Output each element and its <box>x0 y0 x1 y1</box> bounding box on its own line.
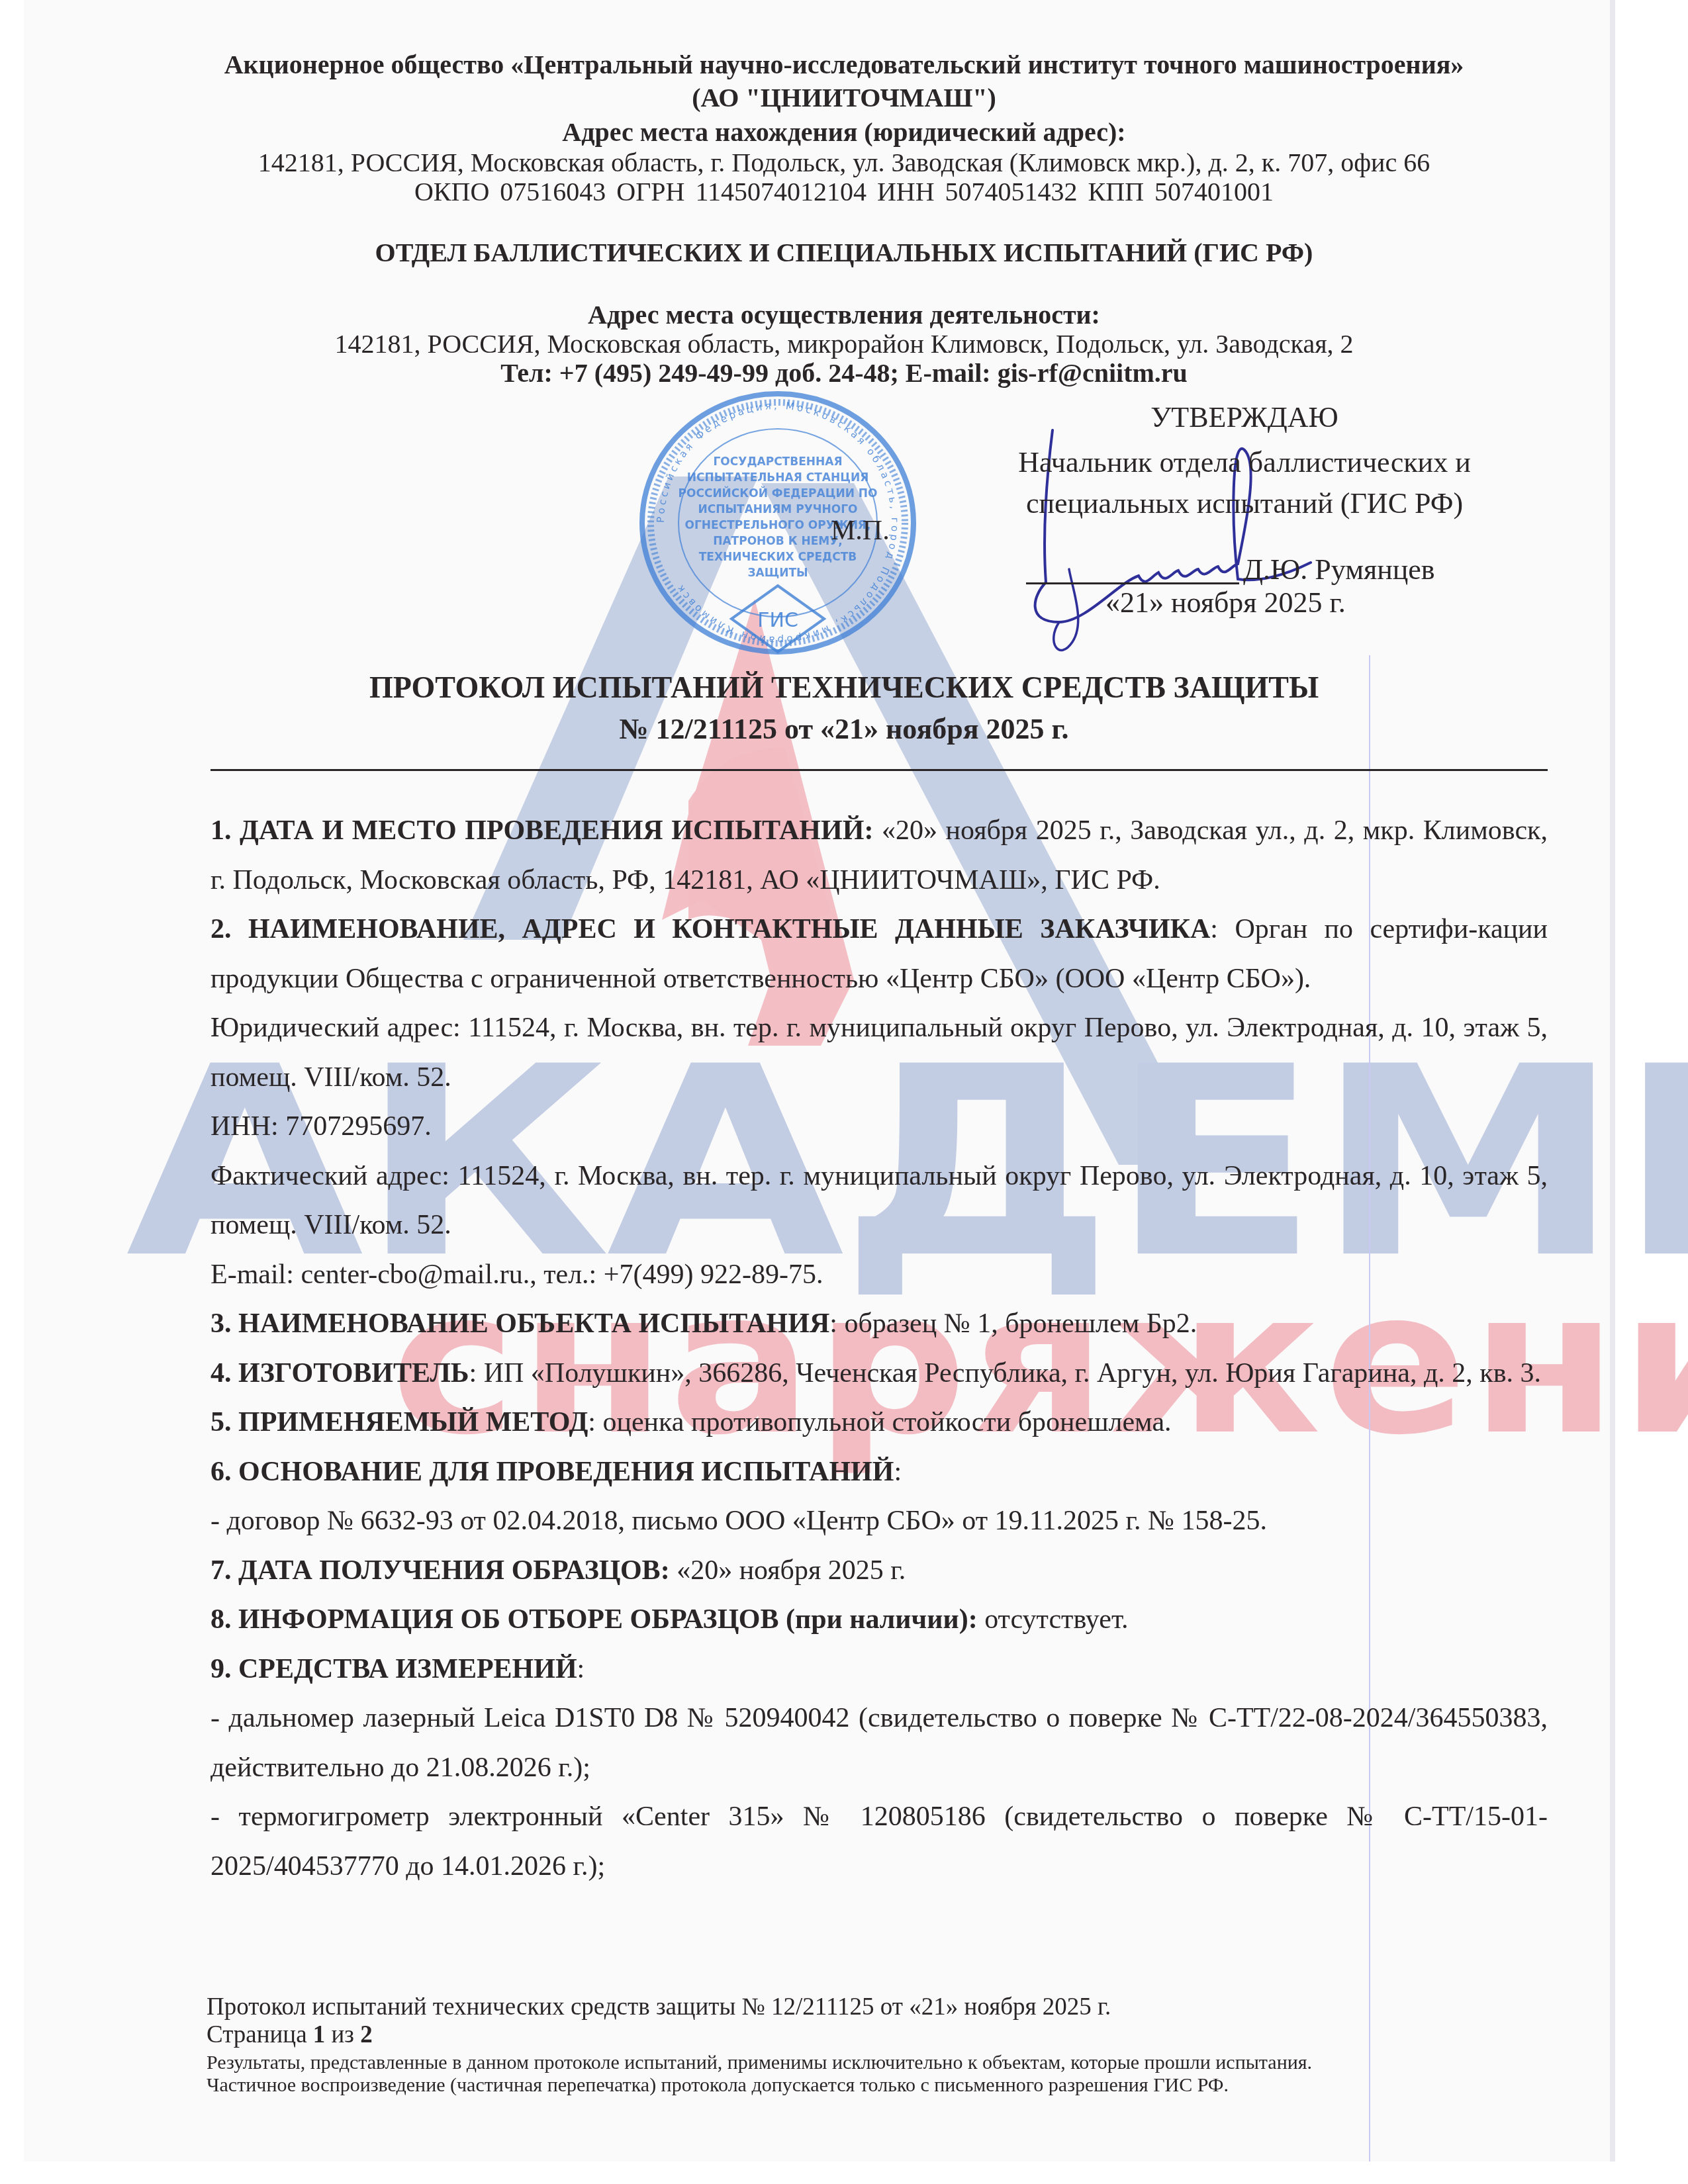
page-counter: Страница 1 из 2 <box>207 2021 1530 2049</box>
section-heading: 7. ДАТА ПОЛУЧЕНИЯ ОБРАЗЦОВ: <box>211 1555 670 1586</box>
protocol-body: 1. ДАТА И МЕСТО ПРОВЕДЕНИЯ ИСПЫТАНИЙ: «2… <box>211 806 1548 1891</box>
title-divider <box>211 769 1548 771</box>
section-line: Фактический адрес: 111524, г. Москва, вн… <box>211 1152 1548 1250</box>
approve-label: УТВЕРЖДАЮ <box>953 397 1536 438</box>
document-number: № 12/211125 от «21» ноября 2025 г. <box>0 712 1688 746</box>
section-text: : <box>577 1654 585 1684</box>
section-heading: 4. ИЗГОТОВИТЕЛЬ <box>211 1358 469 1388</box>
section-text: : образец № 1, бронешлем Бр2. <box>829 1308 1197 1339</box>
section-2: 2. НАИМЕНОВАНИЕ, АДРЕС И КОНТАКТНЫЕ ДАНН… <box>211 905 1548 1003</box>
department-name: ОТДЕЛ БАЛЛИСТИЧЕСКИХ И СПЕЦИАЛЬНЫХ ИСПЫТ… <box>0 237 1688 268</box>
section-4: 4. ИЗГОТОВИТЕЛЬ: ИП «Полушкин», 366286, … <box>211 1349 1548 1398</box>
footer-disclaimer-2: Частичное воспроизведение (частичная пер… <box>207 2074 1530 2097</box>
page-current: 1 <box>313 2021 326 2048</box>
section-heading: 6. ОСНОВАНИЕ ДЛЯ ПРОВЕДЕНИЯ ИСПЫТАНИЙ <box>211 1457 894 1487</box>
section-heading: 2. НАИМЕНОВАНИЕ, АДРЕС И КОНТАКТНЫЕ ДАНН… <box>211 914 1210 944</box>
section-6: 6. ОСНОВАНИЕ ДЛЯ ПРОВЕДЕНИЯ ИСПЫТАНИЙ: <box>211 1447 1548 1497</box>
section-line: - дальномер лазерный Leica D1ST0 D8 № 52… <box>211 1694 1548 1792</box>
section-7: 7. ДАТА ПОЛУЧЕНИЯ ОБРАЗЦОВ: «20» ноября … <box>211 1546 1548 1596</box>
footer-protocol-ref: Протокол испытаний технических средств з… <box>207 1993 1530 2021</box>
approval-date: «21» ноября 2025 г. <box>1105 586 1346 619</box>
section-heading: 3. НАИМЕНОВАНИЕ ОБЪЕКТА ИСПЫТАНИЯ <box>211 1308 829 1339</box>
section-text: : оценка противопульной стойкости бронеш… <box>588 1407 1171 1437</box>
section-3: 3. НАИМЕНОВАНИЕ ОБЪЕКТА ИСПЫТАНИЯ: образ… <box>211 1299 1548 1349</box>
approver-position-line2: специальных испытаний (ГИС РФ) <box>953 483 1536 524</box>
section-line: E-mail: center-cbo@mail.ru., тел.: +7(49… <box>211 1250 1548 1300</box>
section-line: - термогигрометр электронный «Center 315… <box>211 1792 1548 1891</box>
signature-line <box>1026 582 1239 584</box>
section-9: 9. СРЕДСТВА ИЗМЕРЕНИЙ: <box>211 1645 1548 1694</box>
org-short-name: (АО "ЦНИИТОЧМАШ") <box>0 82 1688 113</box>
section-line: - договор № 6632-93 от 02.04.2018, письм… <box>211 1496 1548 1546</box>
activity-address: 142181, РОССИЯ, Московская область, микр… <box>0 328 1688 359</box>
section-1: 1. ДАТА И МЕСТО ПРОВЕДЕНИЯ ИСПЫТАНИЙ: «2… <box>211 806 1548 905</box>
approver-position-line1: Начальник отдела баллистических и <box>953 442 1536 483</box>
legal-address: 142181, РОССИЯ, Московская область, г. П… <box>0 147 1688 178</box>
section-text: отсутствует. <box>978 1604 1129 1635</box>
section-heading: 1. ДАТА И МЕСТО ПРОВЕДЕНИЯ ИСПЫТАНИЙ: <box>211 815 873 846</box>
section-8: 8. ИНФОРМАЦИЯ ОБ ОТБОРЕ ОБРАЗЦОВ (при на… <box>211 1595 1548 1645</box>
activity-address-label: Адрес места осуществления деятельности: <box>0 299 1688 330</box>
section-text: : <box>894 1457 902 1487</box>
section-5: 5. ПРИМЕНЯЕМЫЙ МЕТОД: оценка противопуль… <box>211 1398 1548 1447</box>
section-heading: 5. ПРИМЕНЯЕМЫЙ МЕТОД <box>211 1407 588 1437</box>
approval-block: УТВЕРЖДАЮ Начальник отдела баллистически… <box>953 397 1536 524</box>
seal-mark: М.П. <box>831 515 890 547</box>
registration-codes: ОКПО 07516043 ОГРН 1145074012104 ИНН 507… <box>0 176 1688 207</box>
signer-name: Д.Ю. Румянцев <box>1243 553 1435 586</box>
legal-address-label: Адрес места нахождения (юридический адре… <box>0 116 1688 148</box>
section-text: : ИП «Полушкин», 366286, Чеченская Респу… <box>469 1358 1542 1388</box>
page-footer: Протокол испытаний технических средств з… <box>207 1993 1530 2097</box>
footer-disclaimer-1: Результаты, представленные в данном прот… <box>207 2052 1530 2074</box>
document-title: ПРОТОКОЛ ИСПЫТАНИЙ ТЕХНИЧЕСКИХ СРЕДСТВ З… <box>0 670 1688 705</box>
section-heading: 9. СРЕДСТВА ИЗМЕРЕНИЙ <box>211 1654 577 1684</box>
page-total: 2 <box>360 2021 373 2048</box>
contacts: Тел: +7 (495) 249-49-99 доб. 24-48; E-ma… <box>0 357 1688 388</box>
org-full-name: Акционерное общество «Центральный научно… <box>0 49 1688 80</box>
section-heading: 8. ИНФОРМАЦИЯ ОБ ОТБОРЕ ОБРАЗЦОВ (при на… <box>211 1604 978 1635</box>
section-line: ИНН: 7707295697. <box>211 1102 1548 1152</box>
section-line: Юридический адрес: 111524, г. Москва, вн… <box>211 1003 1548 1102</box>
section-text: «20» ноября 2025 г. <box>670 1555 906 1586</box>
